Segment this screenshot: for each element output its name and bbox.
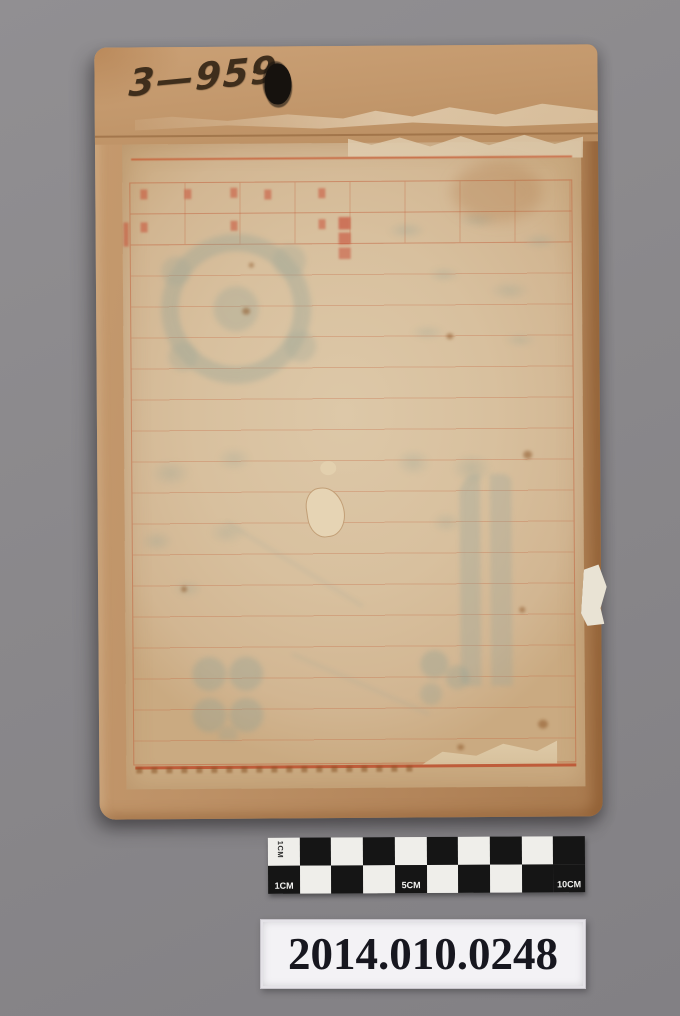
four-petal-flower-drawing xyxy=(182,652,275,741)
scale-cell xyxy=(395,837,427,865)
floral-spray-drawing xyxy=(365,199,571,365)
notebook-artifact: 3—959 xyxy=(94,44,602,819)
scale-cell xyxy=(363,865,395,893)
paper-tear-band xyxy=(135,100,598,133)
scale-cell xyxy=(427,865,459,893)
scale-label-5cm: 5CM xyxy=(395,880,427,890)
accession-number-plate: 2014.010.0248 xyxy=(260,919,586,989)
printed-character-mark xyxy=(184,189,191,199)
stain-spot xyxy=(523,451,532,459)
scale-cell xyxy=(363,837,395,865)
notebook-cover-page xyxy=(122,141,585,789)
torn-patch xyxy=(320,461,336,475)
printed-character-mark xyxy=(230,188,237,198)
photo-scene: 3—959 xyxy=(0,0,680,1016)
red-rule-top xyxy=(131,155,572,160)
scale-label-10cm: 10CM xyxy=(553,879,585,889)
crumbled-edge xyxy=(136,766,421,774)
torn-paper-edge xyxy=(580,564,608,627)
scale-cell xyxy=(522,864,554,892)
stain-spot xyxy=(249,263,254,268)
photo-scale-bar: 1CM 1CM 5CM 10CM xyxy=(268,836,585,894)
ink-blot xyxy=(263,62,293,105)
floral-wreath-drawing xyxy=(128,213,343,404)
scale-cell xyxy=(331,837,363,865)
scale-label-1cm: 1CM xyxy=(268,881,300,891)
stain xyxy=(452,162,542,223)
scale-cell xyxy=(490,865,522,893)
scale-cell xyxy=(426,837,458,865)
stain-spot xyxy=(519,607,525,613)
printed-character-mark xyxy=(264,190,271,200)
scale-cell xyxy=(300,837,332,865)
printed-character-mark xyxy=(140,189,147,199)
scale-cell xyxy=(331,865,363,893)
scale-label-vertical: 1CM xyxy=(276,841,285,858)
scale-cell xyxy=(521,836,553,864)
scale-cell xyxy=(300,865,332,893)
scale-cell xyxy=(490,837,522,865)
printed-character-mark xyxy=(318,188,325,198)
accession-number: 2014.010.0248 xyxy=(288,928,558,980)
stain-spot xyxy=(242,308,250,315)
stain-spot xyxy=(181,586,187,592)
stain-spot xyxy=(457,744,464,750)
scale-cell xyxy=(458,837,490,865)
scale-cell xyxy=(553,836,585,864)
flower-drawing xyxy=(405,644,477,711)
stain-spot xyxy=(538,720,548,729)
scale-cell xyxy=(458,865,490,893)
stain-spot xyxy=(446,333,453,339)
notebook-top-strip: 3—959 xyxy=(94,44,598,145)
